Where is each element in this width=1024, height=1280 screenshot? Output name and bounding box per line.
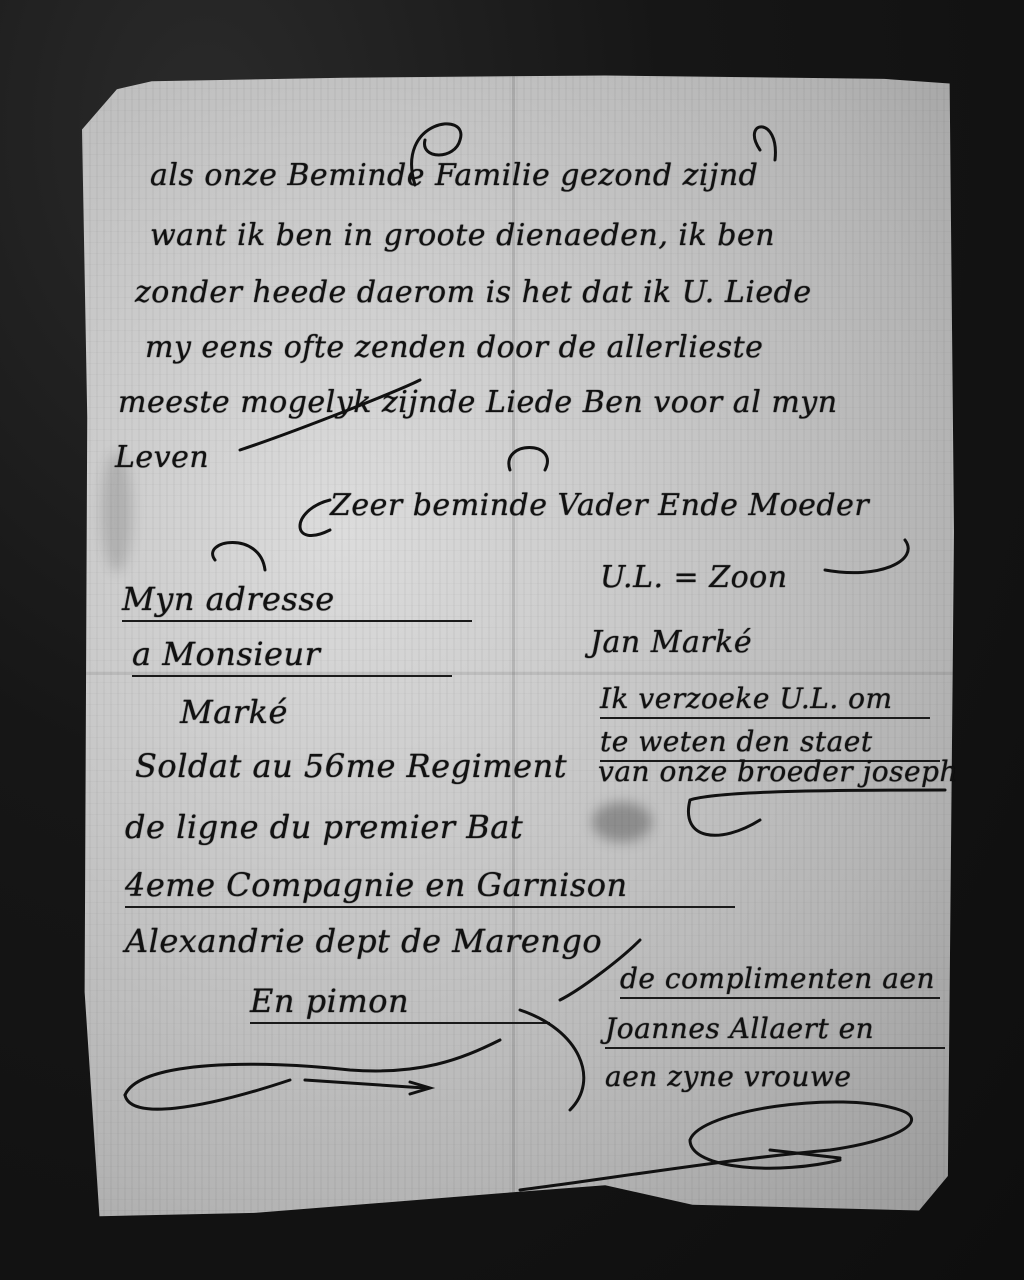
handwriting-flourishes [0,0,1024,1280]
